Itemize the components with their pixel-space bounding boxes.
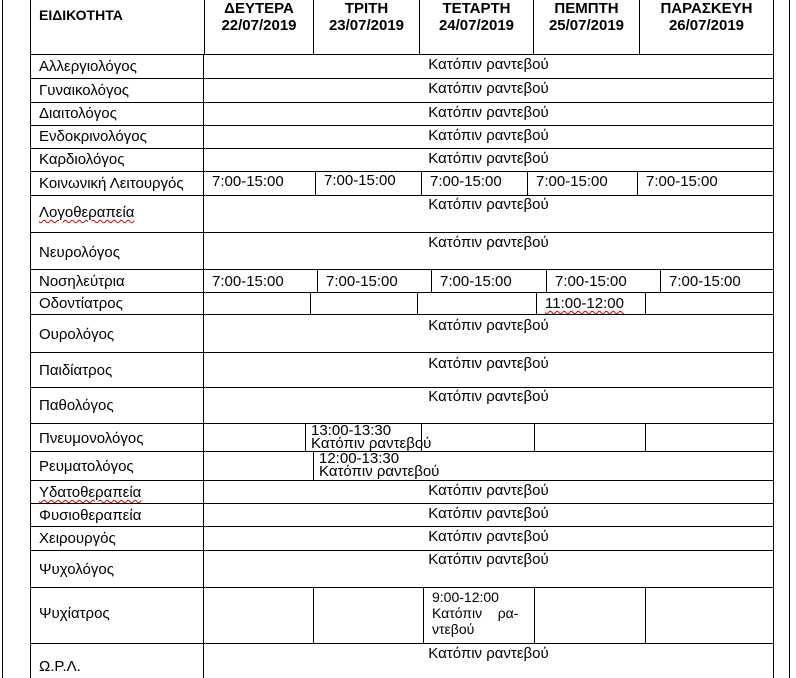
day-cell: 13:00-13:30 Κατόπιν ραντεβού — [306, 424, 422, 451]
table-row: Γυναικολόγος Κατόπιν ραντεβού — [30, 79, 774, 103]
specialty-name: Νοσηλεύτρια — [31, 270, 204, 292]
all-week-cell: Κατόπιν ραντεβού — [204, 527, 773, 550]
specialty-name: Διαιτολόγος — [31, 103, 204, 125]
table-row: Αλλεργιολόγος Κατόπιν ραντεβού — [30, 55, 774, 79]
note-text: ντεβού — [432, 621, 534, 637]
page-edge-right — [789, 0, 790, 678]
specialty-name-text: Υδατοθεραπεία — [39, 484, 141, 501]
table-row: Ω.Ρ.Λ. Κατόπιν ραντεβού — [30, 644, 774, 678]
header-thursday: ΠΕΜΠΤΗ 25/07/2019 — [534, 0, 640, 54]
day-date: 24/07/2019 — [420, 17, 533, 34]
table-row: Νευρολόγος Κατόπιν ραντεβού — [30, 233, 774, 270]
specialty-name: Γυναικολόγος — [31, 79, 204, 102]
header-friday: ΠΑΡΑΣΚΕΥΗ 26/07/2019 — [640, 0, 773, 54]
all-week-cell: Κατόπιν ραντεβού — [204, 55, 773, 78]
day-cell: 7:00-15:00 — [422, 172, 528, 195]
header-wednesday: ΤΕΤΑΡΤΗ 24/07/2019 — [420, 0, 534, 54]
specialty-name: Νευρολόγος — [31, 233, 204, 269]
all-week-cell: Κατόπιν ραντεβού — [204, 388, 773, 423]
specialty-name: Παιδίατρος — [31, 353, 204, 387]
table-row: Οδοντίατρος 11:00-12:00 — [30, 293, 774, 315]
day-name: ΤΡΙΤΗ — [314, 0, 419, 17]
day-cell: 7:00-15:00 — [316, 172, 422, 195]
all-week-cell: Κατόπιν ραντεβού — [204, 481, 773, 503]
day-name: ΔΕΥΤΕΡΑ — [205, 0, 313, 17]
specialty-name: Υδατοθεραπεία — [31, 481, 204, 503]
day-cell — [311, 293, 418, 314]
table-row: Ενδοκρινολόγος Κατόπιν ραντεβού — [30, 126, 774, 149]
day-cell — [204, 588, 314, 643]
all-week-cell: Κατόπιν ραντεβού — [204, 126, 773, 148]
note-text: Κατόπιν ραντεβού — [311, 437, 421, 450]
specialty-name: Χειρουργός — [31, 527, 204, 550]
specialty-name: Φυσιοθεραπεία — [31, 504, 204, 526]
page-edge-left — [2, 0, 3, 678]
all-week-cell: Κατόπιν ραντεβού — [204, 315, 773, 352]
day-cell: 7:00-15:00 — [432, 270, 547, 292]
day-date: 23/07/2019 — [314, 17, 419, 34]
all-week-cell: Κατόπιν ραντεβού — [204, 196, 773, 232]
day-cell: 7:00-15:00 — [204, 270, 318, 292]
table-row: Παιδίατρος Κατόπιν ραντεβού — [30, 353, 774, 388]
specialty-name: Ω.Ρ.Λ. — [31, 644, 204, 678]
all-week-cell: Κατόπιν ραντεβού — [204, 551, 773, 587]
day-cell — [204, 293, 311, 314]
day-cell: 7:00-15:00 — [318, 270, 432, 292]
all-week-cell: Κατόπιν ραντεβού — [204, 103, 773, 125]
day-date: 22/07/2019 — [205, 17, 313, 34]
day-cell: 7:00-15:00 — [528, 172, 638, 195]
day-cell: 7:00-15:00 — [638, 172, 773, 195]
table-row: Ψυχίατρος 9:00-12:00 Κατόπιν ρα- ντεβού — [30, 588, 774, 644]
day-cell — [204, 452, 314, 480]
table-row: Καρδιολόγος Κατόπιν ραντεβού — [30, 149, 774, 172]
day-cell — [418, 293, 537, 314]
specialty-name: Οδοντίατρος — [31, 293, 204, 314]
table-row: Ρευματολόγος 12:00-13:30 Κατόπιν ραντεβο… — [30, 452, 774, 481]
day-cell — [535, 588, 646, 643]
specialty-name: Κοινωνική Λειτουργός — [31, 172, 204, 195]
all-week-cell: Κατόπιν ραντεβού — [204, 644, 773, 678]
day-cell — [646, 293, 773, 314]
day-cell — [204, 424, 306, 451]
all-week-cell: Κατόπιν ραντεβού — [204, 353, 773, 387]
table-row: Φυσιοθεραπεία Κατόπιν ραντεβού — [30, 504, 774, 527]
table-row: Λογοθεραπεία Κατόπιν ραντεβού — [30, 196, 774, 233]
time-text: 11:00-12:00 — [545, 295, 624, 312]
day-name: ΠΕΜΠΤΗ — [534, 0, 639, 17]
specialty-name-text: Λογοθεραπεία — [39, 204, 134, 221]
day-cell: 9:00-12:00 Κατόπιν ρα- ντεβού — [424, 588, 535, 643]
all-week-cell: Κατόπιν ραντεβού — [204, 149, 773, 171]
all-week-cell: Κατόπιν ραντεβού — [204, 233, 773, 269]
day-name: ΠΑΡΑΣΚΕΥΗ — [640, 0, 773, 17]
day-cell: 7:00-15:00 — [547, 270, 661, 292]
note-text: Κατόπιν ραντεβού — [319, 465, 773, 478]
table-row: Νοσηλεύτρια 7:00-15:00 7:00-15:00 7:00-1… — [30, 270, 774, 293]
header-specialty: ΕΙΔΙΚΟΤΗΤΑ — [31, 0, 205, 54]
specialty-name: Ενδοκρινολόγος — [31, 126, 204, 148]
specialty-name: Ψυχολόγος — [31, 551, 204, 587]
specialty-name: Ψυχίατρος — [31, 588, 204, 643]
table-row: Παθολόγος Κατόπιν ραντεβού — [30, 388, 774, 424]
all-week-cell: Κατόπιν ραντεβού — [204, 79, 773, 102]
all-week-cell: Κατόπιν ραντεβού — [204, 504, 773, 526]
time-text: 9:00-12:00 — [432, 589, 534, 605]
day-cell — [646, 588, 773, 643]
day-cell — [422, 424, 535, 451]
table-row: Κοινωνική Λειτουργός 7:00-15:00 7:00-15:… — [30, 172, 774, 196]
day-date: 26/07/2019 — [640, 17, 773, 34]
table-header: ΕΙΔΙΚΟΤΗΤΑ ΔΕΥΤΕΡΑ 22/07/2019 ΤΡΙΤΗ 23/0… — [30, 0, 774, 55]
table-row: Διαιτολόγος Κατόπιν ραντεβού — [30, 103, 774, 126]
specialty-name: Πνευμονολόγος — [31, 424, 204, 451]
specialty-name: Ρευματολόγος — [31, 452, 204, 480]
table-row: Ουρολόγος Κατόπιν ραντεβού — [30, 315, 774, 353]
table-row: Ψυχολόγος Κατόπιν ραντεβού — [30, 551, 774, 588]
table-row: Χειρουργός Κατόπιν ραντεβού — [30, 527, 774, 551]
specialty-name: Αλλεργιολόγος — [31, 55, 204, 78]
specialty-name: Παθολόγος — [31, 388, 204, 423]
header-monday: ΔΕΥΤΕΡΑ 22/07/2019 — [205, 0, 314, 54]
day-cell — [314, 588, 424, 643]
day-cell — [646, 424, 773, 451]
day-cell: 11:00-12:00 — [537, 293, 646, 314]
note-text: Κατόπιν ρα- — [432, 605, 534, 621]
day-cell — [535, 424, 646, 451]
day-date: 25/07/2019 — [534, 17, 639, 34]
specialty-name: Ουρολόγος — [31, 315, 204, 352]
table-row: Πνευμονολόγος 13:00-13:30 Κατόπιν ραντεβ… — [30, 424, 774, 452]
specialty-name: Καρδιολόγος — [31, 149, 204, 171]
day-cell: 7:00-15:00 — [661, 270, 773, 292]
specialty-name: Λογοθεραπεία — [31, 196, 204, 232]
day-cell: 12:00-13:30 Κατόπιν ραντεβού — [314, 452, 773, 480]
day-name: ΤΕΤΑΡΤΗ — [420, 0, 533, 17]
header-tuesday: ΤΡΙΤΗ 23/07/2019 — [314, 0, 420, 54]
table-row: Υδατοθεραπεία Κατόπιν ραντεβού — [30, 481, 774, 504]
day-cell: 7:00-15:00 — [204, 172, 316, 195]
